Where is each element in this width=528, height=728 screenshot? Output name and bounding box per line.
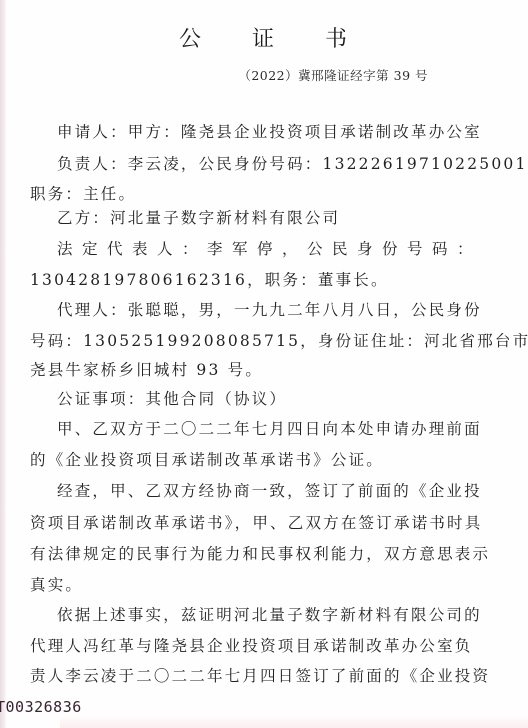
scan-page-edge [0,0,6,728]
party-b-representative-id: 130428197806162316，职务：董事长。 [30,268,389,290]
party-a-responsible-person: 负责人：李云凌，公民身份号码：132226197102250017， [57,152,528,174]
document-title: 公 证 书 [0,22,528,53]
agent-address-cont: 尧县牛家桥乡旧城村 93 号。 [30,358,263,380]
certification-paragraph-cont-1: 代理人冯红革与隆尧县企业投资项目承诺制改革办公室负 [30,634,473,656]
verification-paragraph: 经查，甲、乙双方经协商一致，签订了前面的《企业投 [57,479,482,501]
scan-bottom-edge [60,716,528,728]
agent-info: 代理人：张聪聪，男，一九九二年八月八日，公民身份 [57,298,482,320]
party-b-legal-representative: 法定代表人：李军停，公民身份号码： [57,237,482,259]
application-statement: 甲、乙双方于二〇二二年七月四日向本处申请办理前面 [57,417,482,439]
verification-paragraph-cont-3: 真实。 [30,573,83,595]
notarial-certificate-page: 公 证 书 （2022）冀邢隆证经字第 39 号 申请人：甲方：隆尧县企业投资项… [0,0,528,728]
certification-paragraph: 依据上述事实，兹证明河北量子数字新材料有限公司的 [57,603,482,625]
certification-paragraph-cont-2: 责人李云凌于二〇二二年七月四日签订了前面的《企业投资 [30,664,490,686]
verification-paragraph-cont-1: 资项目承诺制改革承诺书》，甲、乙双方在签订承诺书时具 [30,511,482,533]
agent-id-address: 号码：130525199208085715，身份证住址：河北省邢台市隆 [30,329,528,351]
notarization-matter: 公证事项：其他合同（协议） [57,387,287,409]
application-statement-cont: 的《企业投资项目承诺制改革承诺书》公证。 [30,448,384,470]
serial-number: T00326836 [0,698,82,716]
party-b: 乙方：河北量子数字新材料有限公司 [57,206,340,228]
verification-paragraph-cont-2: 有法律规定的民事行为能力和民事权利能力，双方意思表示 [30,542,490,564]
document-number: （2022）冀邢隆证经字第 39 号 [238,66,428,84]
party-a-position: 职务：主任。 [30,182,136,204]
applicant-party-a: 申请人：甲方：隆尧县企业投资项目承诺制改革办公室 [57,120,482,142]
